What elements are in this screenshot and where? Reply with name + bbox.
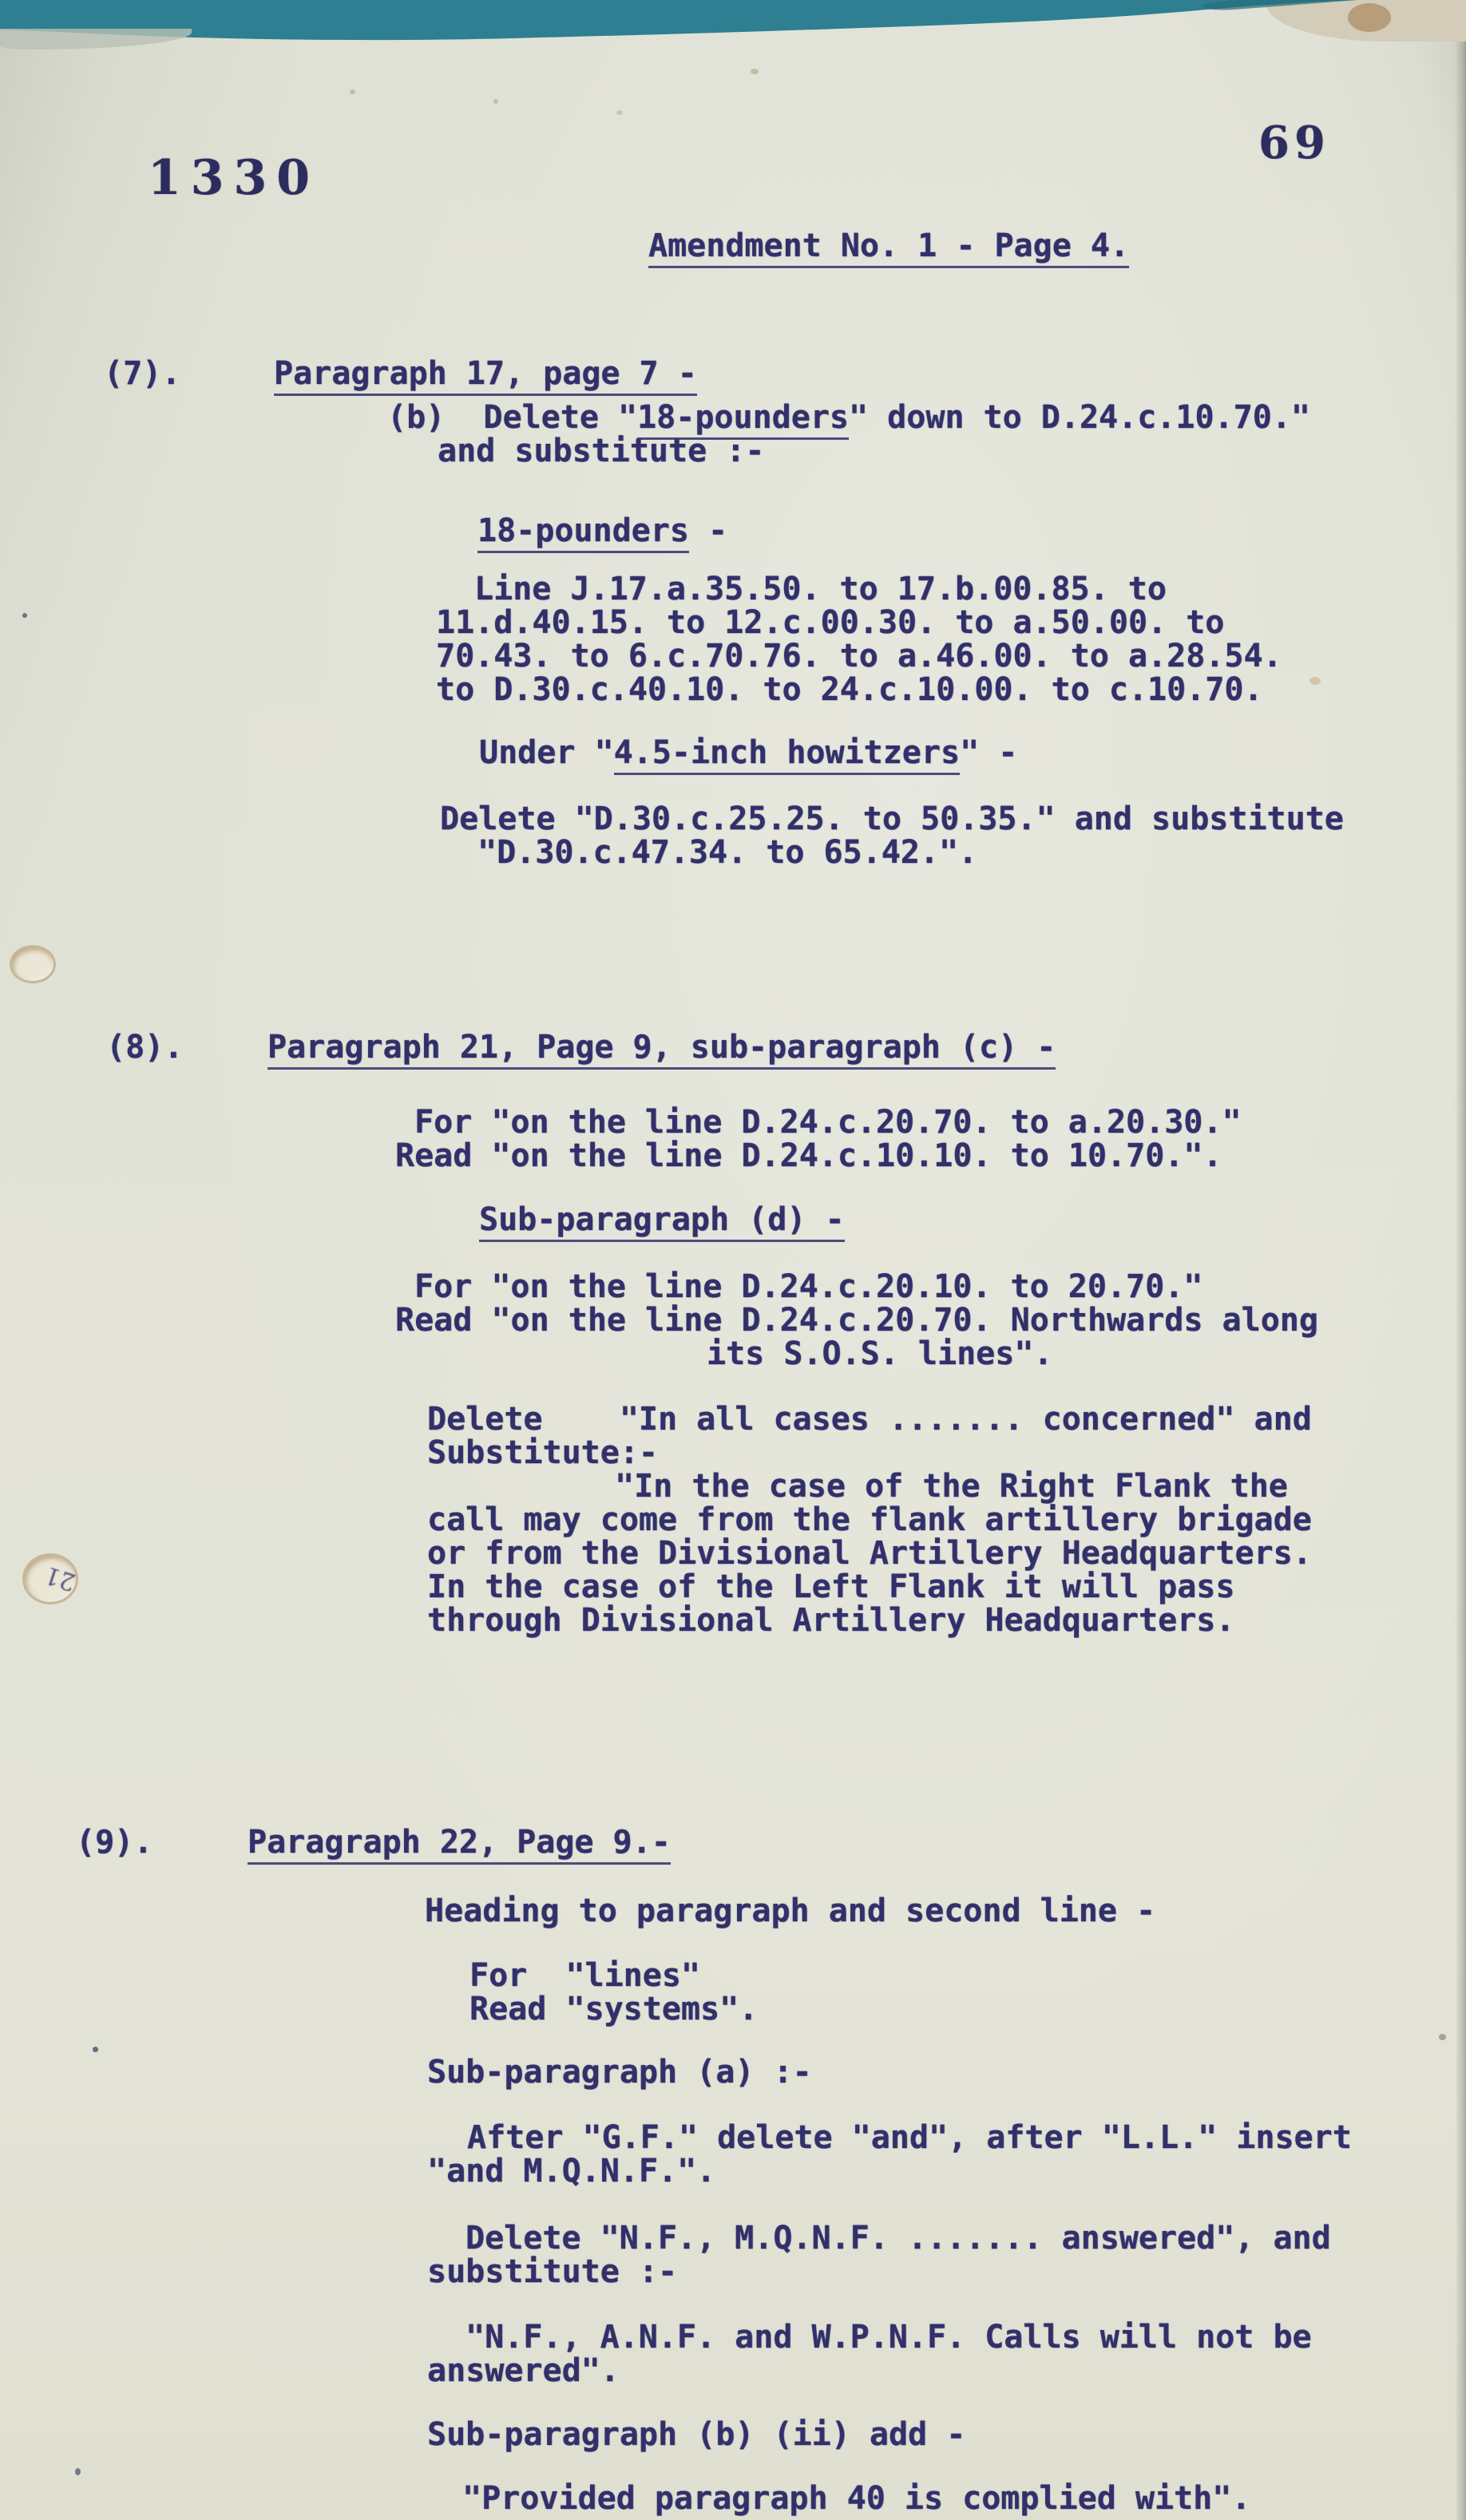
subheading-sub-paragraph-b: Sub-paragraph (b) (ii) add -: [427, 2419, 965, 2451]
amendment-line: answered".: [427, 2355, 620, 2387]
ink-speck: [75, 2468, 81, 2475]
punch-hole: [10, 945, 56, 983]
amendment-line: Delete "D.30.c.25.25. to 50.35." and sub…: [440, 803, 1344, 835]
subheading-sub-paragraph-d: Sub-paragraph (d) -: [479, 1204, 845, 1236]
section-8-number: (8).: [106, 1031, 183, 1063]
grid-reference-line: Line J.17.a.35.50. to 17.b.00.85. to: [474, 573, 1167, 605]
amendment-line: In the case of the Left Flank it will pa…: [427, 1571, 1234, 1603]
line-text: (b) Delete ": [387, 399, 637, 436]
subheading-howitzers: Under "4.5-inch howitzers" -: [479, 737, 1017, 769]
amendment-line: or from the Divisional Artillery Headqua…: [427, 1537, 1312, 1569]
doc-title-text: Amendment No. 1 - Page 4.: [648, 227, 1129, 268]
grid-reference-line: 11.d.40.15. to 12.c.00.30. to a.50.00. t…: [436, 607, 1224, 639]
amendment-line: and substitute :-: [438, 435, 764, 467]
line-text: -: [689, 512, 727, 549]
amendment-line: "and M.Q.N.F.".: [427, 2155, 715, 2187]
doc-title: Amendment No. 1 - Page 4.: [648, 230, 1129, 262]
paper-right-edge: [1455, 0, 1466, 2520]
stamp-number: 1330: [148, 150, 319, 206]
ink-speck: [1439, 2034, 1446, 2040]
underlined-term: 18-pounders: [477, 512, 689, 553]
subheading-sub-paragraph-a: Sub-paragraph (a) :-: [427, 2056, 812, 2088]
subheading-18-pounders: 18-pounders -: [477, 515, 727, 547]
underlined-term: 4.5-inch howitzers: [614, 734, 960, 775]
amendment-line: "Provided paragraph 40 is complied with"…: [462, 2482, 1250, 2514]
amendment-line: substitute :-: [427, 2256, 677, 2288]
amendment-line: Delete "N.F., M.Q.N.F. ....... answered"…: [466, 2222, 1331, 2254]
punch-hole: 21: [22, 1553, 78, 1604]
amendment-line: For "on the line D.24.c.20.10. to 20.70.…: [414, 1271, 1203, 1303]
section-9-number: (9).: [76, 1826, 153, 1858]
section-7-heading: Paragraph 17, page 7 -: [274, 358, 697, 390]
ink-speck: [93, 2047, 98, 2052]
paper-speck: [1309, 677, 1321, 685]
section-9-heading: Paragraph 22, Page 9.-: [248, 1826, 671, 1858]
amendment-line: Heading to paragraph and second line -: [425, 1895, 1155, 1927]
amendment-line: (b) Delete "18-pounders" down to D.24.c.…: [387, 402, 1310, 433]
page-number: 69: [1258, 117, 1330, 169]
line-text: " down to D.24.c.10.70.": [849, 399, 1310, 436]
amendment-line: "N.F., A.N.F. and W.P.N.F. Calls will no…: [466, 2321, 1312, 2353]
amendment-line: through Divisional Artillery Headquarter…: [427, 1604, 1234, 1636]
section-7-number: (7).: [104, 358, 180, 390]
section-8-heading-text: Paragraph 21, Page 9, sub-paragraph (c) …: [267, 1029, 1056, 1070]
amendment-line: Read "systems".: [470, 1993, 758, 2025]
amendment-line: call may come from the flank artillery b…: [427, 1504, 1312, 1536]
document-scan: { "colors": { "ink": "#32306a", "stamp":…: [0, 0, 1466, 2520]
tan-stain: [1348, 3, 1391, 32]
amendment-line: After "G.F." delete "and", after "L.L." …: [467, 2122, 1352, 2154]
line-text: " -: [960, 734, 1017, 771]
paper-speck: [493, 99, 498, 104]
subheading-text: Sub-paragraph (d) -: [479, 1201, 845, 1242]
amendment-line: Read "on the line D.24.c.10.10. to 10.70…: [395, 1140, 1222, 1172]
section-8-heading: Paragraph 21, Page 9, sub-paragraph (c) …: [267, 1031, 1056, 1063]
paper-speck: [616, 110, 623, 115]
grid-reference-line: 70.43. to 6.c.70.76. to a.46.00. to a.28…: [436, 640, 1282, 672]
amendment-line: For "lines": [470, 1960, 700, 1992]
section-7-heading-text: Paragraph 17, page 7 -: [274, 355, 697, 396]
ink-speck: [22, 613, 27, 618]
amendment-line: its S.O.S. lines".: [707, 1338, 1052, 1370]
amendment-line: For "on the line D.24.c.20.70. to a.20.3…: [414, 1106, 1242, 1138]
amendment-line: Read "on the line D.24.c.20.70. Northwar…: [395, 1304, 1318, 1336]
line-text: Under ": [479, 734, 614, 771]
amendment-line: Substitute:-: [427, 1437, 658, 1469]
bleed-through-text: 21: [30, 1557, 79, 1596]
paper-speck: [350, 89, 355, 94]
amendment-line: "D.30.c.47.34. to 65.42.".: [477, 837, 977, 868]
amendment-line: "In the case of the Right Flank the: [615, 1470, 1288, 1502]
grid-reference-line: to D.30.c.40.10. to 24.c.10.00. to c.10.…: [436, 674, 1263, 706]
paper-speck: [751, 69, 759, 74]
amendment-line: Delete "In all cases ....... concerned" …: [427, 1403, 1312, 1435]
teal-binding-band: [0, 0, 1466, 72]
section-9-heading-text: Paragraph 22, Page 9.-: [248, 1824, 671, 1865]
